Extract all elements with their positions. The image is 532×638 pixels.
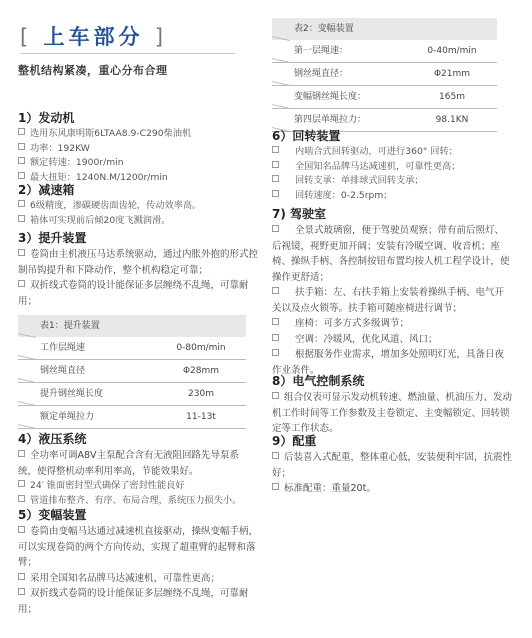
title-divider: [20, 53, 235, 54]
checkbox-bullet-icon: [18, 573, 25, 580]
checkbox-bullet-icon: [18, 157, 25, 164]
page-title: [ 上车部分 ]: [20, 24, 238, 50]
checkbox-bullet-icon: [18, 450, 25, 457]
list-item: 6级精度，渗碳硬齿面齿轮，传动效率高。: [18, 199, 258, 214]
checkbox-bullet-icon: [272, 334, 279, 341]
list-item: 采用全国知名品牌马达减速机，可靠性更高；: [18, 571, 258, 587]
table-hoist: 表1：提升装置 工作层绳速0-80m/min 钢丝绳直径Φ28mm 提升钢丝绳长…: [18, 315, 246, 429]
list-item: 全国知名品牌马达减速机，可靠性更高；: [272, 160, 512, 175]
checkbox-bullet-icon: [272, 287, 279, 294]
list-item: 额定转速：1900r/min: [18, 156, 258, 171]
list-item: 卷筒由主机液压马达系统驱动，通过内胀外抱的形式控制吊钩提升和下降动作，整个机构稳…: [18, 247, 258, 278]
checkbox-bullet-icon: [18, 495, 25, 502]
section-heading: 9）配重: [272, 433, 512, 450]
checkbox-bullet-icon: [18, 215, 25, 222]
list-item: 24′ 锥面密封型式确保了密封性能良好: [18, 479, 258, 494]
table-row: 工作层绳速0-80m/min: [18, 337, 246, 360]
list-item: 选用东风康明斯6LTAA8.9-C290柴油机: [18, 127, 258, 142]
section-heading: 1）发动机: [18, 110, 258, 127]
section-hydraulic: 4）液压系统 全功率可调A8V主泵配合含有无液阻回路先导泵系统，使得整机动率利用…: [18, 431, 258, 508]
section-engine: 1）发动机 选用东风康明斯6LTAA8.9-C290柴油机 功率：192KW 额…: [18, 110, 258, 185]
checkbox-bullet-icon: [272, 175, 279, 182]
checkbox-bullet-icon: [18, 280, 25, 287]
checkbox-bullet-icon: [272, 190, 279, 197]
list-item: 扶手箱：左、右扶手箱上安装着操纵手柄、电气开关以及点火锁等。扶手箱可随座椅进行调…: [272, 285, 512, 316]
checkbox-bullet-icon: [272, 483, 279, 490]
list-item: 箱体可实现前后倾20度飞溅润滑。: [18, 214, 258, 229]
table-row: 额定单绳拉力11-13t: [18, 406, 246, 429]
section-heading: 2）减速箱: [18, 182, 258, 199]
list-item: 空调：冷暖风，优化风道、风口；: [272, 332, 512, 348]
checkbox-bullet-icon: [272, 318, 279, 325]
bracket-right: ]: [155, 25, 167, 49]
list-item: 卷筒由变幅马达通过减速机直接驱动，操纵变幅手柄，可以实现卷筒的两个方向传动，实现…: [18, 524, 258, 571]
list-item: 座椅：可多方式多级调节；: [272, 316, 512, 332]
section-heading: 6）回转装置: [272, 128, 512, 145]
section-hoist: 3）提升装置 卷筒由主机液压马达系统驱动，通过内胀外抱的形式控制吊钩提升和下降动…: [18, 230, 258, 309]
checkbox-bullet-icon: [18, 128, 25, 135]
table-title: 表1：提升装置: [18, 315, 246, 337]
list-item: 管道排布整齐、有序、布局合理，系统压力损失小。: [18, 494, 258, 509]
table-row: 钢丝绳直径：Φ21mm: [272, 63, 497, 86]
checkbox-bullet-icon: [18, 588, 25, 595]
section-electrical: 8）电气控制系统 组合仪表可显示发动机转速、燃油量、机油压力、发动机工作时间等工…: [272, 373, 512, 437]
section-heading: 3）提升装置: [18, 230, 258, 247]
list-item: 全功率可调A8V主泵配合含有无液阻回路先导泵系统，使得整机动率利用率高，节能效果…: [18, 448, 258, 479]
list-item: 全景式玻璃窗，便于驾驶员观察；带有前后照灯、后视镜，视野更加开阔；安装有冷暖空调…: [272, 223, 512, 285]
list-item: 回转支承：单排球式回转支承；: [272, 174, 512, 189]
title-text: 上车部分: [44, 25, 144, 49]
list-item: 功率：192KW: [18, 142, 258, 157]
page-header: [ 上车部分 ]: [20, 24, 238, 54]
section-heading: 8）电气控制系统: [272, 373, 512, 390]
checkbox-bullet-icon: [18, 480, 25, 487]
section-heading: 7) 驾驶室: [272, 206, 512, 223]
section-luffing: 5）变幅装置 卷筒由变幅马达通过减速机直接驱动，操纵变幅手柄，可以实现卷筒的两个…: [18, 507, 258, 617]
table-luffing: 表2：变幅装置 第一层绳速：0-40m/min 钢丝绳直径：Φ21mm 变幅钢丝…: [272, 18, 497, 132]
list-item: 内啮合式回转驱动，可进行360° 回转；: [272, 145, 512, 160]
table-row: 提升钢丝绳长度230m: [18, 383, 246, 406]
list-item: 后装喜入式配重，整体重心低，安装便利牢固，抗震性好；: [272, 450, 512, 481]
list-item: 双折线式卷筒的设计能保证多层缠绕不乱绳，可靠耐用；: [18, 586, 258, 617]
table-title: 表2：变幅装置: [272, 18, 497, 40]
table-row: 钢丝绳直径Φ28mm: [18, 360, 246, 383]
section-cab: 7) 驾驶室 全景式玻璃窗，便于驾驶员观察；带有前后照灯、后视镜，视野更加开阔；…: [272, 206, 512, 378]
checkbox-bullet-icon: [272, 452, 279, 459]
checkbox-bullet-icon: [18, 200, 25, 207]
checkbox-bullet-icon: [18, 172, 25, 179]
checkbox-bullet-icon: [272, 392, 279, 399]
section-heading: 5）变幅装置: [18, 507, 258, 524]
checkbox-bullet-icon: [272, 225, 279, 232]
list-item: 双折线式卷筒的设计能保证多层缠绕不乱绳，可靠耐用；: [18, 278, 258, 309]
list-item: 回转速度：0-2.5rpm；: [272, 189, 512, 204]
checkbox-bullet-icon: [272, 146, 279, 153]
table-row: 第一层绳速：0-40m/min: [272, 40, 497, 63]
checkbox-bullet-icon: [18, 143, 25, 150]
bracket-left: [: [20, 25, 32, 49]
section-gearbox: 2）减速箱 6级精度，渗碳硬齿面齿轮，传动效率高。 箱体可实现前后倾20度飞溅润…: [18, 182, 258, 228]
checkbox-bullet-icon: [272, 161, 279, 168]
checkbox-bullet-icon: [272, 349, 279, 356]
list-item: 组合仪表可显示发动机转速、燃油量、机油压力、发动机工作时间等工作参数及主卷锁定、…: [272, 390, 512, 437]
checkbox-bullet-icon: [18, 249, 25, 256]
section-slewing: 6）回转装置 内啮合式回转驱动，可进行360° 回转； 全国知名品牌马达减速机，…: [272, 128, 512, 203]
checkbox-bullet-icon: [18, 526, 25, 533]
section-heading: 4）液压系统: [18, 431, 258, 448]
subtitle: 整机结构紧凑，重心分布合理: [18, 62, 168, 78]
list-item: 标准配重：重量20t。: [272, 481, 512, 497]
section-counterweight: 9）配重 后装喜入式配重，整体重心低，安装便利牢固，抗震性好； 标准配重：重量2…: [272, 433, 512, 497]
table-row: 变幅钢丝绳长度：165m: [272, 86, 497, 109]
